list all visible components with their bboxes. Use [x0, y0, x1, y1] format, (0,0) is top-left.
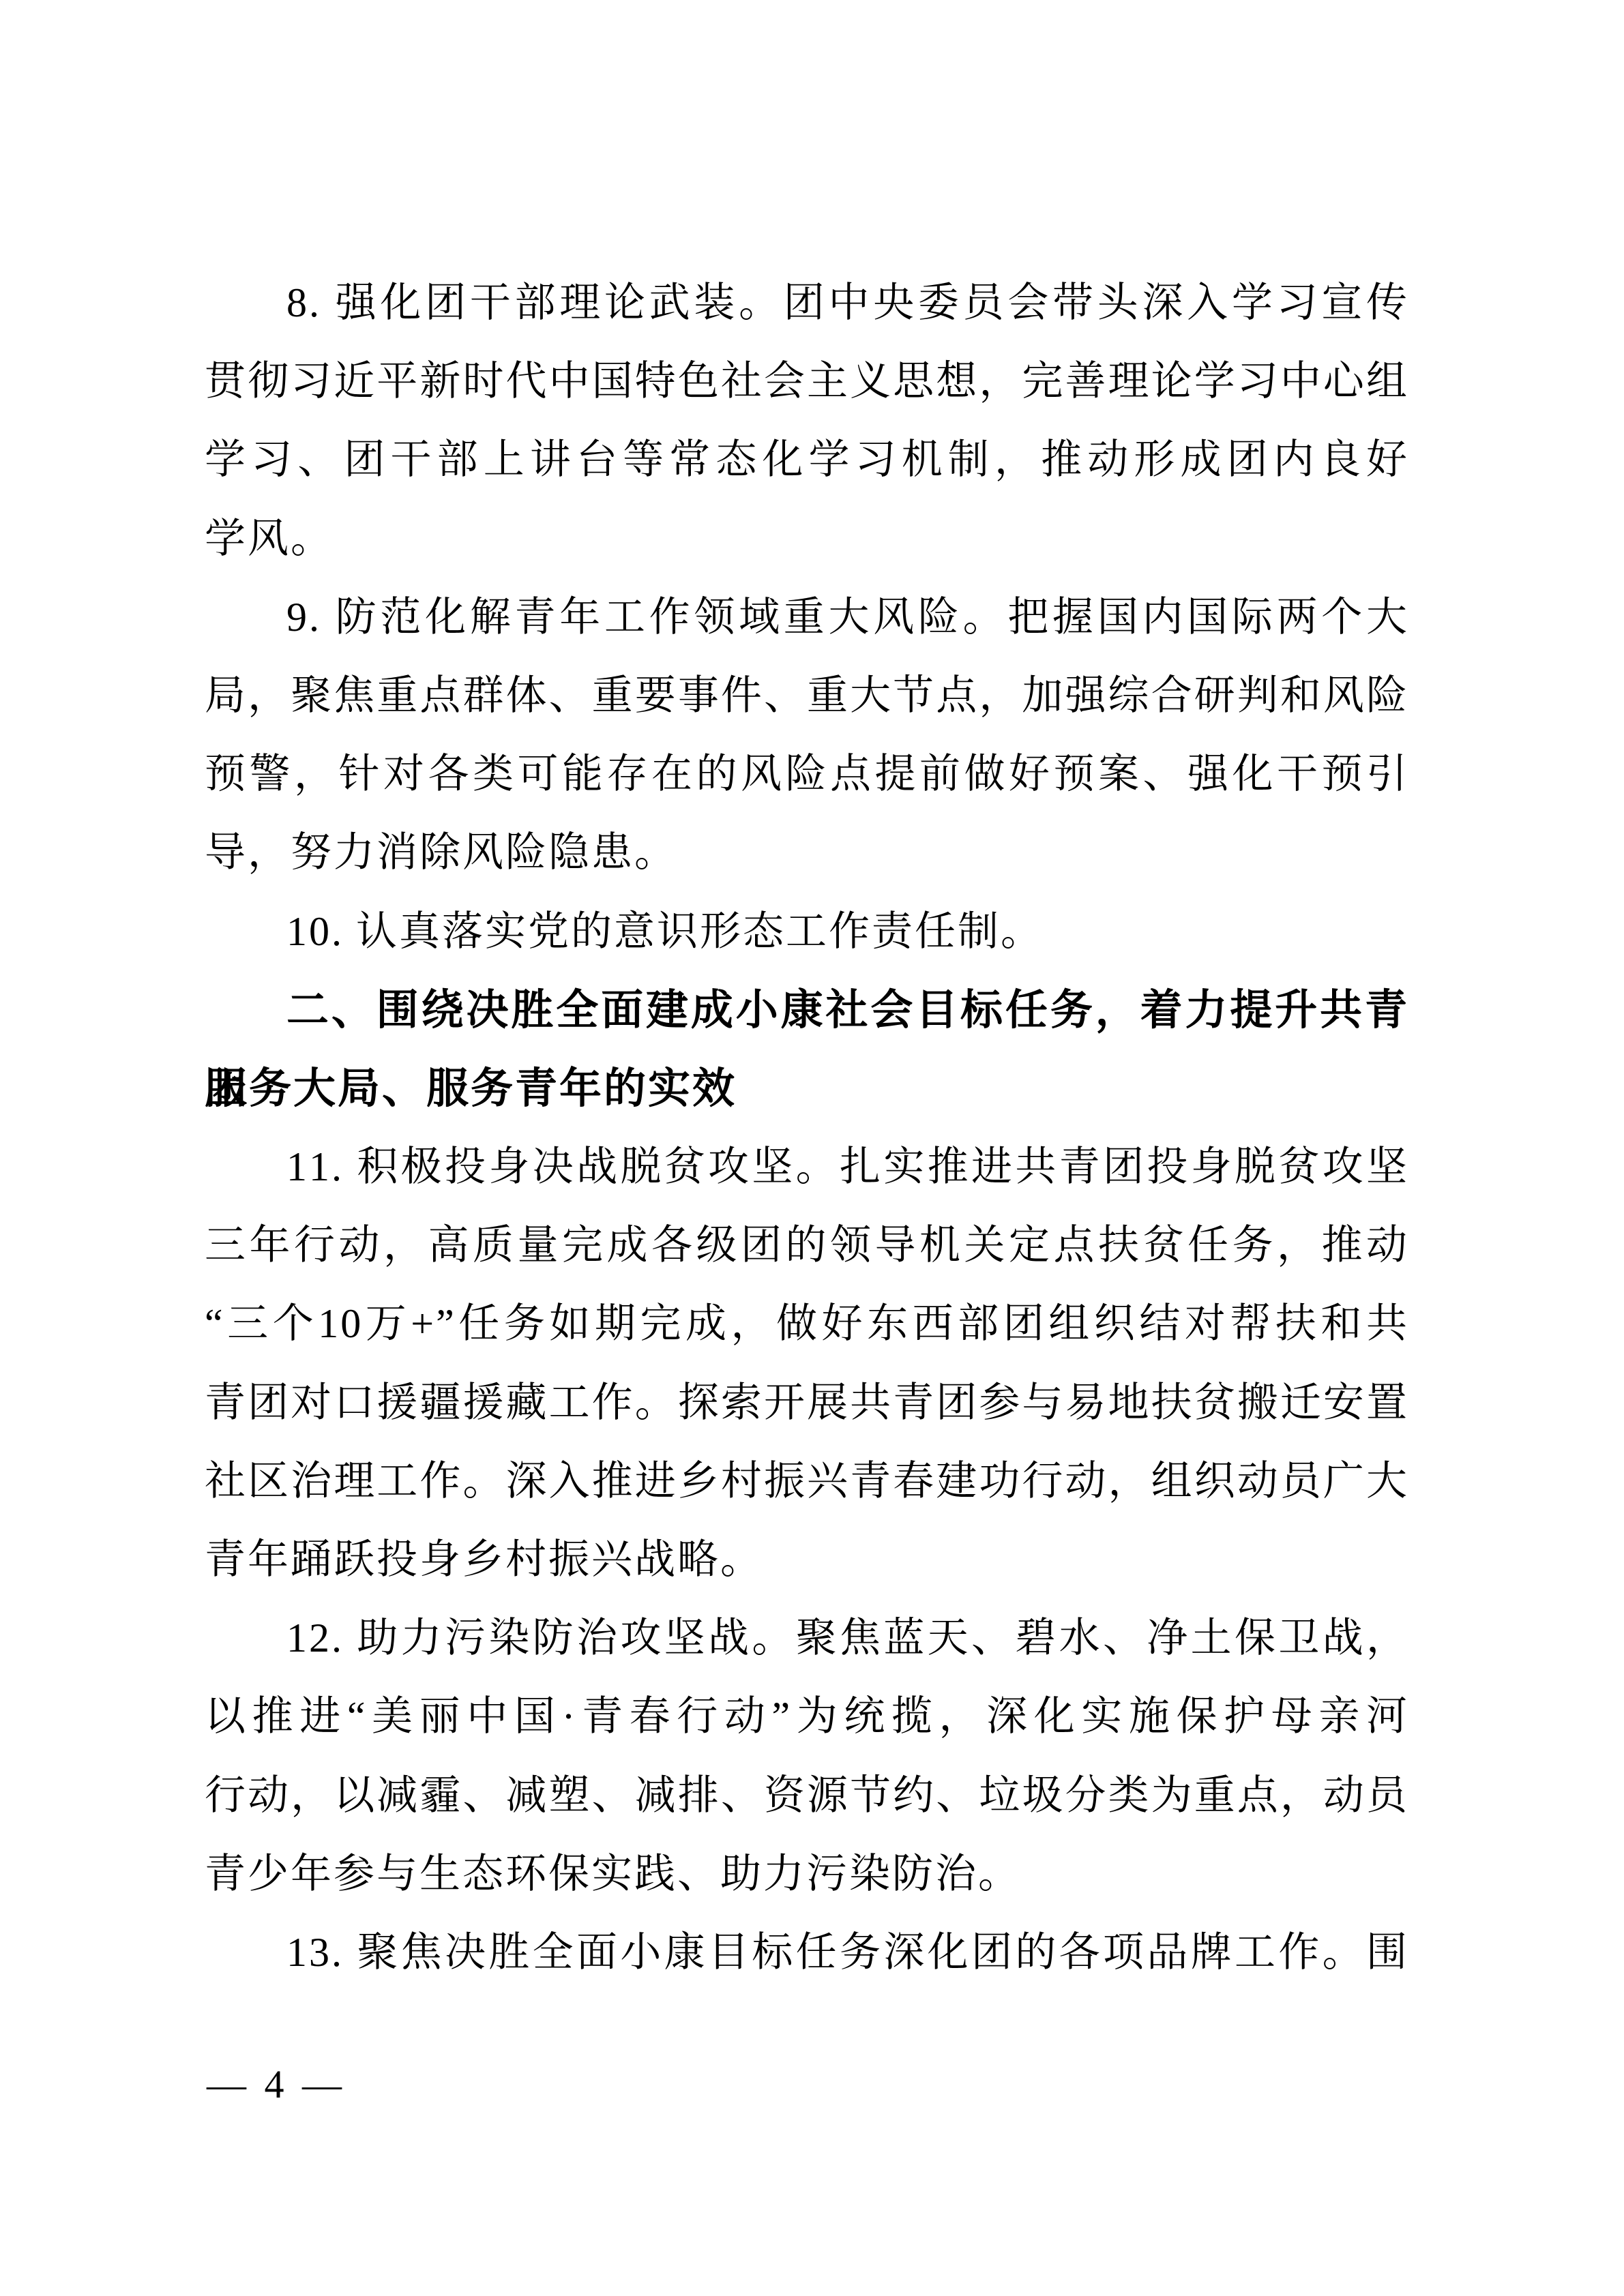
body-text-line: 行动，以减霾、减塑、减排、资源节约、垃圾分类为重点，动员 [205, 1757, 1409, 1835]
body-text-line: 青少年参与生态环保实践、助力污染防治。 [205, 1835, 1409, 1913]
body-text-line: 9. 防范化解青年工作领域重大风险。把握国内国际两个大 [205, 578, 1409, 657]
body-text-line: 8. 强化团干部理论武装。团中央委员会带头深入学习宣传 [205, 264, 1409, 342]
body-text-line: 社区治理工作。深入推进乡村振兴青春建功行动，组织动员广大 [205, 1442, 1409, 1521]
body-text-line: 导，努力消除风险隐患。 [205, 814, 1409, 892]
body-text-line: 贯彻习近平新时代中国特色社会主义思想，完善理论学习中心组 [205, 342, 1409, 421]
body-text-line: 青团对口援疆援藏工作。探索开展共青团参与易地扶贫搬迁安置 [205, 1364, 1409, 1442]
body-text-line: 11. 积极投身决战脱贫攻坚。扎实推进共青团投身脱贫攻坚 [205, 1128, 1409, 1206]
body-text-line: 以推进“美丽中国·青春行动”为统揽，深化实施保护母亲河 [205, 1678, 1409, 1756]
body-text-line: 三年行动，高质量完成各级团的领导机关定点扶贫任务，推动 [205, 1206, 1409, 1285]
page-number: — 4 — [207, 2054, 346, 2115]
body-text-line: 12. 助力污染防治攻坚战。聚焦蓝天、碧水、净土保卫战， [205, 1599, 1409, 1678]
section-heading-line: 服务大局、服务青年的实效 [205, 1049, 1409, 1128]
body-text-line: “三个10万+”任务如期完成，做好东西部团组织结对帮扶和共 [205, 1285, 1409, 1363]
body-text-line: 预警，针对各类可能存在的风险点提前做好预案、强化干预引 [205, 735, 1409, 814]
body-text-line: 13. 聚焦决胜全面小康目标任务深化团的各项品牌工作。围 [205, 1913, 1409, 1992]
body-text-line: 青年踊跃投身乡村振兴战略。 [205, 1521, 1409, 1599]
body-text-line: 学习、团干部上讲台等常态化学习机制，推动形成团内良好 [205, 421, 1409, 499]
body-text-line: 学风。 [205, 500, 1409, 578]
document-body: 8. 强化团干部理论武装。团中央委员会带头深入学习宣传贯彻习近平新时代中国特色社… [205, 264, 1409, 1992]
document-page: 8. 强化团干部理论武装。团中央委员会带头深入学习宣传贯彻习近平新时代中国特色社… [0, 0, 1624, 2296]
section-heading-line: 二、围绕决胜全面建成小康社会目标任务，着力提升共青团 [205, 971, 1409, 1049]
body-text-line: 局，聚焦重点群体、重要事件、重大节点，加强综合研判和风险 [205, 657, 1409, 735]
body-text-line: 10. 认真落实党的意识形态工作责任制。 [205, 893, 1409, 971]
